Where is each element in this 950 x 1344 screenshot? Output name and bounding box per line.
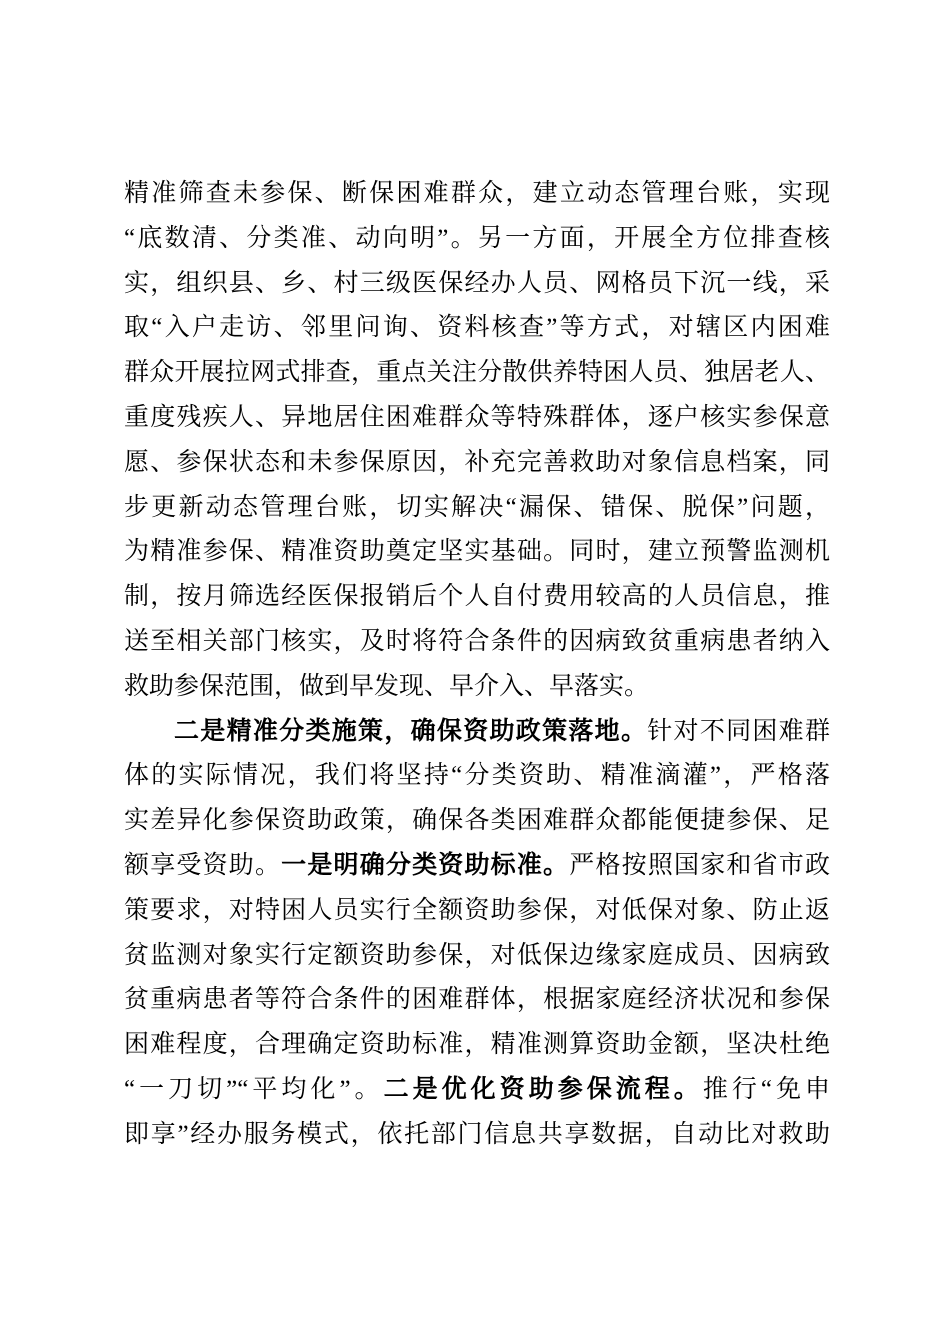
text-segment: 困难程度，合理确定资助标准，精准测算资助金额，坚决杜绝: [124, 1031, 830, 1058]
text-line: 实，组织县、乡、村三级医保经办人员、网格员下沉一线，采: [124, 262, 830, 307]
text-line: 额享受资助。一是明确分类资助标准。严格按照国家和省市政: [124, 844, 830, 889]
text-line: 困难程度，合理确定资助标准，精准测算资助金额，坚决杜绝: [124, 1023, 830, 1068]
text-line: 重度残疾人、异地居住困难群众等特殊群体，逐户核实参保意: [124, 396, 830, 441]
text-segment: 为精准参保、精准资助奠定坚实基础。同时，建立预警监测机: [124, 538, 830, 565]
text-segment: 实差异化参保资助政策，确保各类困难群众都能便捷参保、足: [124, 807, 830, 834]
text-segment: 针对不同困难群: [647, 718, 830, 745]
text-line: 贫重病患者等符合条件的困难群体，根据家庭经济状况和参保: [124, 978, 830, 1023]
document-page: 精准筛查未参保、断保困难群众，建立动态管理台账，实现“底数清、分类准、动向明”。…: [0, 0, 950, 1344]
text-line: 实差异化参保资助政策，确保各类困难群众都能便捷参保、足: [124, 799, 830, 844]
text-segment: 贫监测对象实行定额资助参保，对低保边缘家庭成员、因病致: [124, 942, 830, 969]
text-line: 二是精准分类施策，确保资助政策落地。针对不同困难群: [124, 710, 830, 755]
text-line: 群众开展拉网式排查，重点关注分散供养特困人员、独居老人、: [124, 351, 830, 396]
text-segment: 重度残疾人、异地居住困难群众等特殊群体，逐户核实参保意: [124, 404, 830, 431]
text-line: 愿、参保状态和未参保原因，补充完善救助对象信息档案，同: [124, 441, 830, 486]
text-segment: 额享受资助。: [124, 852, 281, 879]
text-segment: 贫重病患者等符合条件的困难群体，根据家庭经济状况和参保: [124, 986, 830, 1013]
text-segment: 严格按照国家和省市政: [569, 852, 830, 879]
text-segment: “底数清、分类准、动向明”。另一方面，开展全方位排查核: [124, 225, 830, 252]
text-segment: 即享”经办服务模式，依托部门信息共享数据，自动比对救助: [124, 1121, 830, 1148]
text-line: 策要求，对特困人员实行全额资助参保，对低保对象、防止返: [124, 889, 830, 934]
text-segment: 推行“免申: [703, 1076, 830, 1103]
text-segment: 体的实际情况，我们将坚持“分类资助、精准滴灌”，严格落: [124, 762, 830, 789]
text-line: “底数清、分类准、动向明”。另一方面，开展全方位排查核: [124, 217, 830, 262]
text-line: 送至相关部门核实，及时将符合条件的因病致贫重病患者纳入: [124, 620, 830, 665]
document-body: 精准筛查未参保、断保困难群众，建立动态管理台账，实现“底数清、分类准、动向明”。…: [124, 172, 830, 1158]
text-segment: 群众开展拉网式排查，重点关注分散供养特困人员、独居老人、: [124, 359, 830, 386]
text-line: 为精准参保、精准资助奠定坚实基础。同时，建立预警监测机: [124, 530, 830, 575]
text-line: 救助参保范围，做到早发现、早介入、早落实。: [124, 665, 830, 710]
bold-text-segment: 二是优化资助参保流程。: [384, 1076, 703, 1103]
text-line: 体的实际情况，我们将坚持“分类资助、精准滴灌”，严格落: [124, 754, 830, 799]
text-segment: “一刀切”“平均化”。: [124, 1076, 384, 1103]
bold-text-segment: 一是明确分类资助标准。: [281, 852, 569, 879]
text-segment: 送至相关部门核实，及时将符合条件的因病致贫重病患者纳入: [124, 628, 830, 655]
text-segment: 取“入户走访、邻里问询、资料核查”等方式，对辖区内困难: [124, 314, 830, 341]
text-segment: 实，组织县、乡、村三级医保经办人员、网格员下沉一线，采: [124, 270, 830, 297]
text-segment: 策要求，对特困人员实行全额资助参保，对低保对象、防止返: [124, 897, 830, 924]
text-segment: 救助参保范围，做到早发现、早介入、早落实。: [124, 673, 649, 700]
text-line: 取“入户走访、邻里问询、资料核查”等方式，对辖区内困难: [124, 306, 830, 351]
text-segment: 精准筛查未参保、断保困难群众，建立动态管理台账，实现: [124, 180, 830, 207]
text-segment: 愿、参保状态和未参保原因，补充完善救助对象信息档案，同: [124, 449, 830, 476]
text-segment: 步更新动态管理台账，切实解决“漏保、错保、脱保”问题，: [124, 494, 830, 521]
text-line: “一刀切”“平均化”。二是优化资助参保流程。推行“免申: [124, 1068, 830, 1113]
text-line: 制，按月筛选经医保报销后个人自付费用较高的人员信息，推: [124, 575, 830, 620]
text-line: 步更新动态管理台账，切实解决“漏保、错保、脱保”问题，: [124, 486, 830, 531]
text-line: 即享”经办服务模式，依托部门信息共享数据，自动比对救助: [124, 1113, 830, 1158]
text-line: 贫监测对象实行定额资助参保，对低保边缘家庭成员、因病致: [124, 934, 830, 979]
bold-text-segment: 二是精准分类施策，确保资助政策落地。: [174, 718, 647, 745]
text-segment: 制，按月筛选经医保报销后个人自付费用较高的人员信息，推: [124, 583, 830, 610]
text-line: 精准筛查未参保、断保困难群众，建立动态管理台账，实现: [124, 172, 830, 217]
